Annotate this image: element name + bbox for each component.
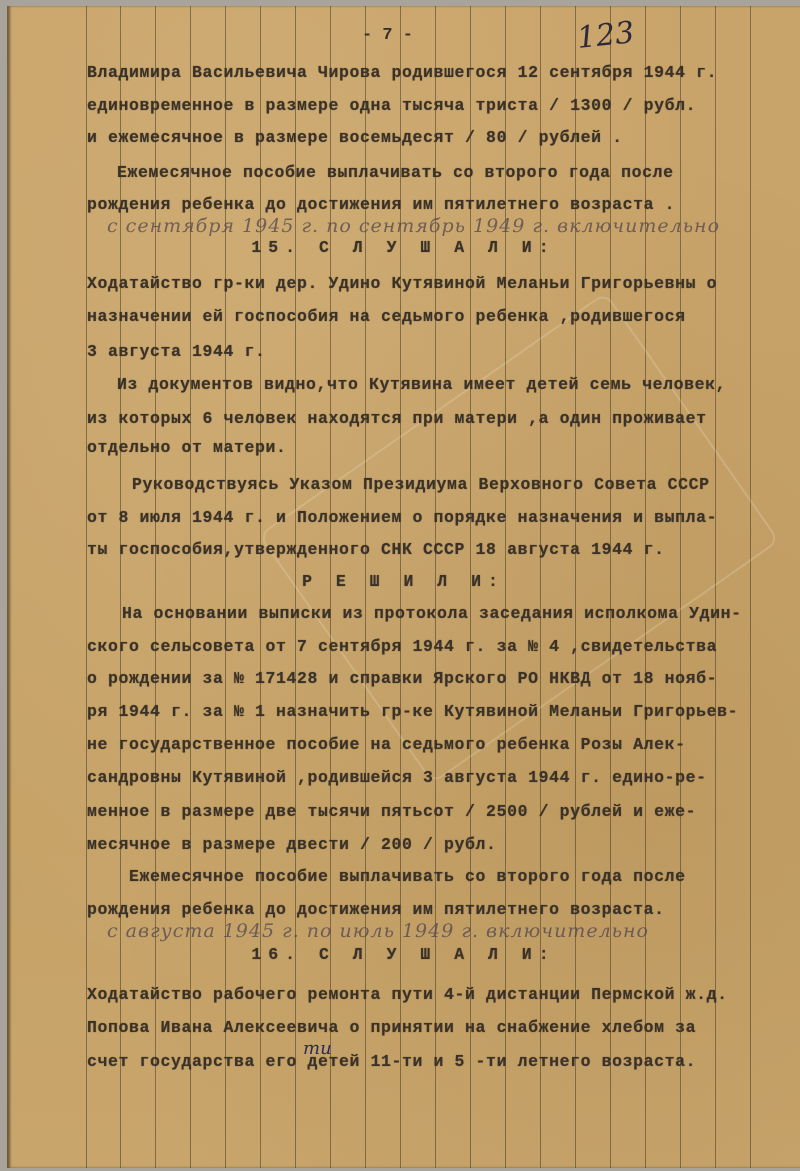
handwritten-note: с сентября 1945 г. по сентябрь 1949 г. в… xyxy=(107,215,720,237)
text-line: и ежемесячное в размере восемьдесят / 80… xyxy=(87,128,623,147)
text-line: Руководствуясь Указом Президиума Верховн… xyxy=(132,475,710,494)
text-line: месячное в размере двести / 200 / рубл. xyxy=(87,835,497,854)
text-line: из которых 6 человек находятся при матер… xyxy=(87,409,707,428)
text-line: ского сельсовета от 7 сентября 1944 г. з… xyxy=(87,637,717,656)
text-line: от 8 июля 1944 г. и Положением о порядке… xyxy=(87,508,717,527)
text-line: единовременное в размере одна тысяча три… xyxy=(87,96,696,115)
text-line: о рождении за № 171428 и справки Ярского… xyxy=(87,669,717,688)
text-line: рождения ребенка до достижения им пятиле… xyxy=(87,900,665,919)
text-line: Ходатайство гр-ки дер. Удино Кутявиной М… xyxy=(87,274,717,293)
decision-heading: Р Е Ш И Л И: xyxy=(7,572,800,591)
text-line: 3 августа 1944 г. xyxy=(87,342,266,361)
document-page: - 7 - 123 Владимира Васильевича Чирова р… xyxy=(7,6,800,1168)
text-line: ря 1944 г. за № 1 назначить гр-ке Кутяви… xyxy=(87,702,738,721)
text-line: На основании выписки из протокола заседа… xyxy=(122,604,742,623)
text-line: Ходатайство рабочего ремонта пути 4-й ди… xyxy=(87,985,728,1004)
text-line: сандровны Кутявиной ,родившейся 3 август… xyxy=(87,768,707,787)
text-line: Владимира Васильевича Чирова родившегося… xyxy=(87,63,717,82)
text-line: отдельно от матери. xyxy=(87,438,287,457)
text-line: менное в размере две тысячи пятьсот / 25… xyxy=(87,802,696,821)
text-line: не государственное пособие на седьмого р… xyxy=(87,735,686,754)
page-number: - 7 - xyxy=(362,26,413,45)
handwritten-correction: ти xyxy=(303,1038,332,1059)
section-heading: 15. С Л У Ш А Л И: xyxy=(7,238,800,257)
text-line: Попова Ивана Алексеевича о принятии на с… xyxy=(87,1018,696,1037)
text-line: рождения ребенка до достижения им пятиле… xyxy=(87,195,675,214)
text-line: Из документов видно,что Кутявина имеет д… xyxy=(117,375,726,394)
text-line: Ежемесячное пособие выплачивать со второ… xyxy=(129,867,686,886)
text-line: Ежемесячное пособие выплачивать со второ… xyxy=(117,163,674,182)
text-line: счет государства его детей 11-ти и 5 -ти… xyxy=(87,1052,696,1071)
text-line: назначении ей госпособия на седьмого реб… xyxy=(87,307,686,326)
text-line: ты госпособия,утвержденного СНК СССР 18 … xyxy=(87,540,665,559)
section-heading: 16. С Л У Ш А Л И: xyxy=(7,945,800,964)
handwritten-note: с августа 1945 г. по июль 1949 г. включи… xyxy=(107,920,649,942)
folio-number: 123 xyxy=(575,15,636,56)
